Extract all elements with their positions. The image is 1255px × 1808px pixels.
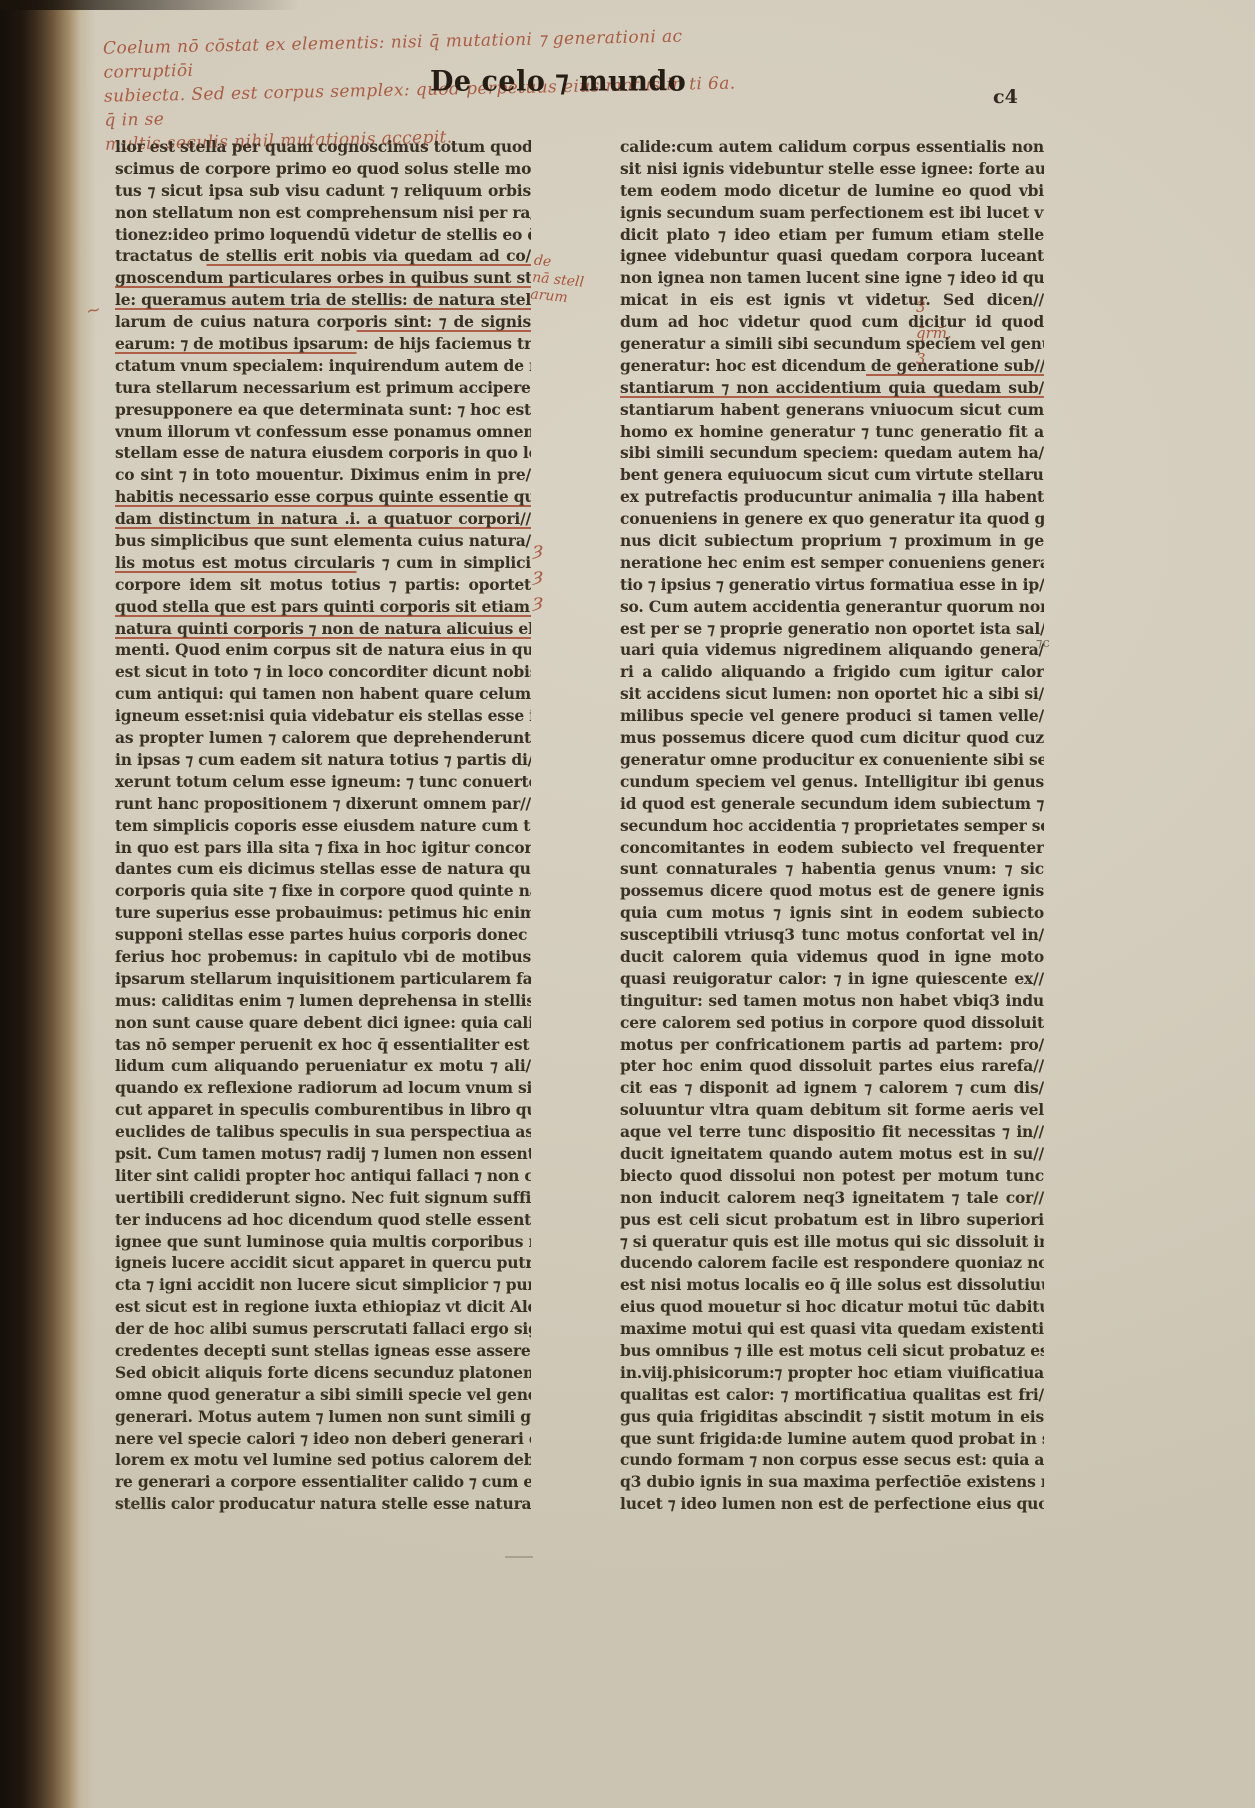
text-line: supponi stellas esse partes huius corpor… (115, 924, 531, 946)
text-line: runt hanc propositionem ⁊ dixerunt omnem… (115, 793, 531, 815)
text-line: in.viij.phisicorum:⁊ propter hoc etiam v… (620, 1362, 1044, 1384)
text-column-right: calide:cum autem calidum corpus essentia… (620, 136, 1044, 1515)
text-line: igneum esset:nisi quia videbatur eis ste… (115, 705, 531, 727)
text-line: ⁊ si queratur quis est ille motus qui si… (620, 1231, 1044, 1253)
text-line: est sicut in toto ⁊ in loco concorditer … (115, 661, 531, 683)
margin-ink-mark: ⁊c (1036, 636, 1050, 651)
text-line: larum de cuius natura corporis sint: ⁊ d… (115, 311, 531, 333)
text-line: der de hoc alibi sumus perscrutati falla… (115, 1318, 531, 1340)
text-line: cundo formam ⁊ non corpus esse secus est… (620, 1449, 1044, 1471)
text-line: soluuntur vltra quam debitum sit forme a… (620, 1099, 1044, 1121)
text-line: menti. Quod enim corpus sit de natura ei… (115, 639, 531, 661)
text-line: tas nō semper peruenit ex hoc q̄ essenti… (115, 1034, 531, 1056)
running-title: De celo ⁊ mundo (430, 65, 686, 98)
text-line: neratione hec enim est semper conueniens… (620, 552, 1044, 574)
ghost-offset-text: obra (116, 1496, 151, 1514)
text-line: credentes decepti sunt stellas igneas es… (115, 1340, 531, 1362)
text-line: ri a calido aliquando a frigido cum igit… (620, 661, 1044, 683)
text-line: nere vel specie calori ⁊ ideo non deberi… (115, 1428, 531, 1450)
text-line: bus omnibus ⁊ ille est motus celi sicut … (620, 1340, 1044, 1362)
text-line: tus ⁊ sicut ipsa sub visu cadunt ⁊ reliq… (115, 180, 531, 202)
text-line: generatur: hoc est dicendum de generatio… (620, 355, 1044, 377)
text-line: natura quinti corporis ⁊ non de natura a… (115, 618, 531, 640)
text-line: aque vel terre tunc dispositio fit neces… (620, 1121, 1044, 1143)
text-line: omne quod generatur a sibi simili specie… (115, 1384, 531, 1406)
brace-mark: ȝ (533, 562, 543, 588)
text-line: xerunt totum celum esse igneum: ⁊ tunc c… (115, 771, 531, 793)
text-line: sunt connaturales ⁊ habentia genus vnum:… (620, 858, 1044, 880)
binding-shadow-top (0, 0, 300, 10)
text-line: vnum illorum vt confessum esse ponamus o… (115, 421, 531, 443)
text-line: uari quia videmus nigredinem aliquando g… (620, 639, 1044, 661)
page-signature: c4 (993, 86, 1018, 108)
text-line: stellis calor producatur natura stelle e… (115, 1493, 531, 1515)
text-line: non sunt cause quare debent dici ignee: … (115, 1012, 531, 1034)
text-line: sit accidens sicut lumen: non oportet hi… (620, 683, 1044, 705)
text-line: quando ex reflexione radiorum ad locum v… (115, 1077, 531, 1099)
text-line: corporis quia site ⁊ fixe in corpore quo… (115, 880, 531, 902)
text-line: in quo est pars illa sita ⁊ fixa in hoc … (115, 837, 531, 859)
text-line: lorem ex motu vel lumine sed potius calo… (115, 1449, 531, 1471)
text-line: ignis secundum suam perfectionem est ibi… (620, 202, 1044, 224)
text-line: generari. Motus autem ⁊ lumen non sunt s… (115, 1406, 531, 1428)
text-line: stellam esse de natura eiusdem corporis … (115, 442, 531, 464)
text-line: cere calorem sed potius in corpore quod … (620, 1012, 1044, 1034)
text-line: presupponere ea que determinata sunt: ⁊ … (115, 399, 531, 421)
brace-mark: ȝ (533, 588, 543, 614)
text-line: non inducit calorem neq3 igneitatem ⁊ ta… (620, 1187, 1044, 1209)
text-line: tem eodem modo dicetur de lumine eo quod… (620, 180, 1044, 202)
text-line: psit. Cum tamen motus⁊ radij ⁊ lumen non… (115, 1143, 531, 1165)
book-binding-edge (0, 0, 96, 1808)
text-line: homo ex homine generatur ⁊ tunc generati… (620, 421, 1044, 443)
text-line: ture superius esse probauimus: petimus h… (115, 902, 531, 924)
text-line: id quod est generale secundum idem subie… (620, 793, 1044, 815)
text-line: ignee videbuntur quasi quedam corpora lu… (620, 245, 1044, 267)
text-line: bus simplicibus que sunt elementa cuius … (115, 530, 531, 552)
text-line: mus possemus dicere quod cum dicitur quo… (620, 727, 1044, 749)
right-margin-notes: 3 q̄rm̄. 3 (916, 294, 952, 372)
text-line: quod stella que est pars quinti corporis… (115, 596, 531, 618)
margin-brace-marks: ȝ ȝ ȝ (533, 536, 543, 614)
text-line: gnoscendum particulares orbes in quibus … (115, 267, 531, 289)
text-line: q3 dubio ignis in sua maxima perfectiōe … (620, 1471, 1044, 1493)
text-line: concomitantes in eodem subiecto vel freq… (620, 837, 1044, 859)
text-line: lis motus est motus circularis ⁊ cum in … (115, 552, 531, 574)
text-line: Sed obicit aliquis forte dicens secunduz… (115, 1362, 531, 1384)
text-line: habitis necessario esse corpus quinte es… (115, 486, 531, 508)
text-line: dicit plato ⁊ ideo etiam per fumum etiam… (620, 224, 1044, 246)
text-line: eius quod mouetur si hoc dicatur motui t… (620, 1296, 1044, 1318)
text-line: nus dicit subiectum proprium ⁊ proximum … (620, 530, 1044, 552)
text-line: co sint ⁊ in toto mouentur. Diximus enim… (115, 464, 531, 486)
text-line: corpore idem sit motus totius ⁊ partis: … (115, 574, 531, 596)
text-line: ignee que sunt luminose quia multis corp… (115, 1231, 531, 1253)
text-line: igneis lucere accidit sicut apparet in q… (115, 1252, 531, 1274)
text-line: ducit calorem quia videmus quod in igne … (620, 946, 1044, 968)
text-line: milibus specie vel genere produci si tam… (620, 705, 1044, 727)
text-line: secundum hoc accidentia ⁊ proprietates s… (620, 815, 1044, 837)
text-line: liter sint calidi propter hoc antiqui fa… (115, 1165, 531, 1187)
text-line: est per se ⁊ proprie generatio non oport… (620, 618, 1044, 640)
text-line: as propter lumen ⁊ calorem que deprehend… (115, 727, 531, 749)
text-line: gus quia frigiditas abscindit ⁊ sistit m… (620, 1406, 1044, 1428)
text-line: que sunt frigida:de lumine autem quod pr… (620, 1428, 1044, 1450)
text-line: lior est stella per quam cognoscimus tot… (115, 136, 531, 158)
text-line: susceptibili vtriusq3 tunc motus confort… (620, 924, 1044, 946)
text-line: ex putrefactis producuntur animalia ⁊ il… (620, 486, 1044, 508)
text-line: motus per confricationem partis ad parte… (620, 1034, 1044, 1056)
text-line: scimus de corpore primo eo quod solus st… (115, 158, 531, 180)
text-line: micat in eis est ignis vt videtur. Sed d… (620, 289, 1044, 311)
text-line: tinguitur: sed tamen motus non habet vbi… (620, 990, 1044, 1012)
text-line: generatur omne producitur ex conueniente… (620, 749, 1044, 771)
text-line: so. Cum autem accidentia generantur quor… (620, 596, 1044, 618)
text-line: tionez:ideo primo loquendū videtur de st… (115, 224, 531, 246)
text-line: dum ad hoc videtur quod cum dicitur id q… (620, 311, 1044, 333)
text-line: est sicut est in regione iuxta ethiopiaz… (115, 1296, 531, 1318)
text-line: quasi reuigoratur calor: ⁊ in igne quies… (620, 968, 1044, 990)
text-line: euclides de talibus speculis in sua pers… (115, 1121, 531, 1143)
text-line: cundum speciem vel genus. Intelligitur i… (620, 771, 1044, 793)
text-line: pus est celi sicut probatum est in libro… (620, 1209, 1044, 1231)
text-line: sibi simili secundum speciem: quedam aut… (620, 442, 1044, 464)
text-line: stantiarum ⁊ non accidentium quia quedam… (620, 377, 1044, 399)
text-line: uertibili crediderunt signo. Nec fuit si… (115, 1187, 531, 1209)
text-line: le: queramus autem tria de stellis: de n… (115, 289, 531, 311)
text-line: biecto quod dissolui non potest per motu… (620, 1165, 1044, 1187)
text-line: ctatum vnum specialem: inquirendum autem… (115, 355, 531, 377)
text-line: stantiarum habent generans vniuocum sicu… (620, 399, 1044, 421)
text-line: non ignea non tamen lucent sine igne ⁊ i… (620, 267, 1044, 289)
text-line: sit nisi ignis videbuntur stelle esse ig… (620, 158, 1044, 180)
text-line: ducendo calorem facile est respondere qu… (620, 1252, 1044, 1274)
text-line: ducit igneitatem quando autem motus est … (620, 1143, 1044, 1165)
text-line: mus: caliditas enim ⁊ lumen deprehensa i… (115, 990, 531, 1012)
text-line: re generari a corpore essentialiter cali… (115, 1471, 531, 1493)
text-line: ferius hoc probemus: in capitulo vbi de … (115, 946, 531, 968)
text-line: in ipsas ⁊ cum eadem sit natura totius ⁊… (115, 749, 531, 771)
margin-note: 3 (916, 346, 952, 372)
text-line: dam distinctum in natura .i. a quatuor c… (115, 508, 531, 530)
text-line: possemus dicere quod motus est de genere… (620, 880, 1044, 902)
text-line: est nisi motus localis eo q̄ ille solus … (620, 1274, 1044, 1296)
text-line: earum: ⁊ de motibus ipsarum: de hijs fac… (115, 333, 531, 355)
margin-note: q̄rm̄. (916, 320, 952, 346)
text-line: lucet ⁊ ideo lumen non est de perfection… (620, 1493, 1044, 1515)
text-line: cta ⁊ igni accidit non lucere sicut simp… (115, 1274, 531, 1296)
text-line: ter inducens ad hoc dicendum quod stelle… (115, 1209, 531, 1231)
text-line: generatur a simili sibi secundum speciem… (620, 333, 1044, 355)
text-line: dantes cum eis dicimus stellas esse de n… (115, 858, 531, 880)
gutter-manuscript-note: de nā stell arum (530, 252, 605, 310)
text-line: tura stellarum necessarium est primum ac… (115, 377, 531, 399)
text-line: ipsarum stellarum inquisitionem particul… (115, 968, 531, 990)
text-line: bent genera equiuocum sicut cum virtute … (620, 464, 1044, 486)
text-line: tem simplicis coporis esse eiusdem natur… (115, 815, 531, 837)
text-line: maxime motui qui est quasi vita quedam e… (620, 1318, 1044, 1340)
text-line: pter hoc enim quod dissoluit partes eius… (620, 1055, 1044, 1077)
text-line: quia cum motus ⁊ ignis sint in eodem sub… (620, 902, 1044, 924)
text-line: calide:cum autem calidum corpus essentia… (620, 136, 1044, 158)
text-line: cit eas ⁊ disponit ad ignem ⁊ calorem ⁊ … (620, 1077, 1044, 1099)
brace-mark: ȝ (533, 536, 543, 562)
text-line: conueniens in genere ex quo generatur it… (620, 508, 1044, 530)
text-line: tractatus de stellis erit nobis via qued… (115, 245, 531, 267)
text-line: non stellatum non est comprehensum nisi … (115, 202, 531, 224)
text-line: qualitas est calor: ⁊ mortificatiua qual… (620, 1384, 1044, 1406)
margin-note: 3 (916, 294, 952, 320)
text-line: cut apparet in speculis comburentibus in… (115, 1099, 531, 1121)
text-line: tio ⁊ ipsius ⁊ generatio virtus formatiu… (620, 574, 1044, 596)
ink-dash-mark (505, 1556, 533, 1558)
text-line: lidum cum aliquando perueniatur ex motu … (115, 1055, 531, 1077)
text-line: cum antiqui: qui tamen non habent quare … (115, 683, 531, 705)
text-column-left: lior est stella per quam cognoscimus tot… (115, 136, 531, 1515)
